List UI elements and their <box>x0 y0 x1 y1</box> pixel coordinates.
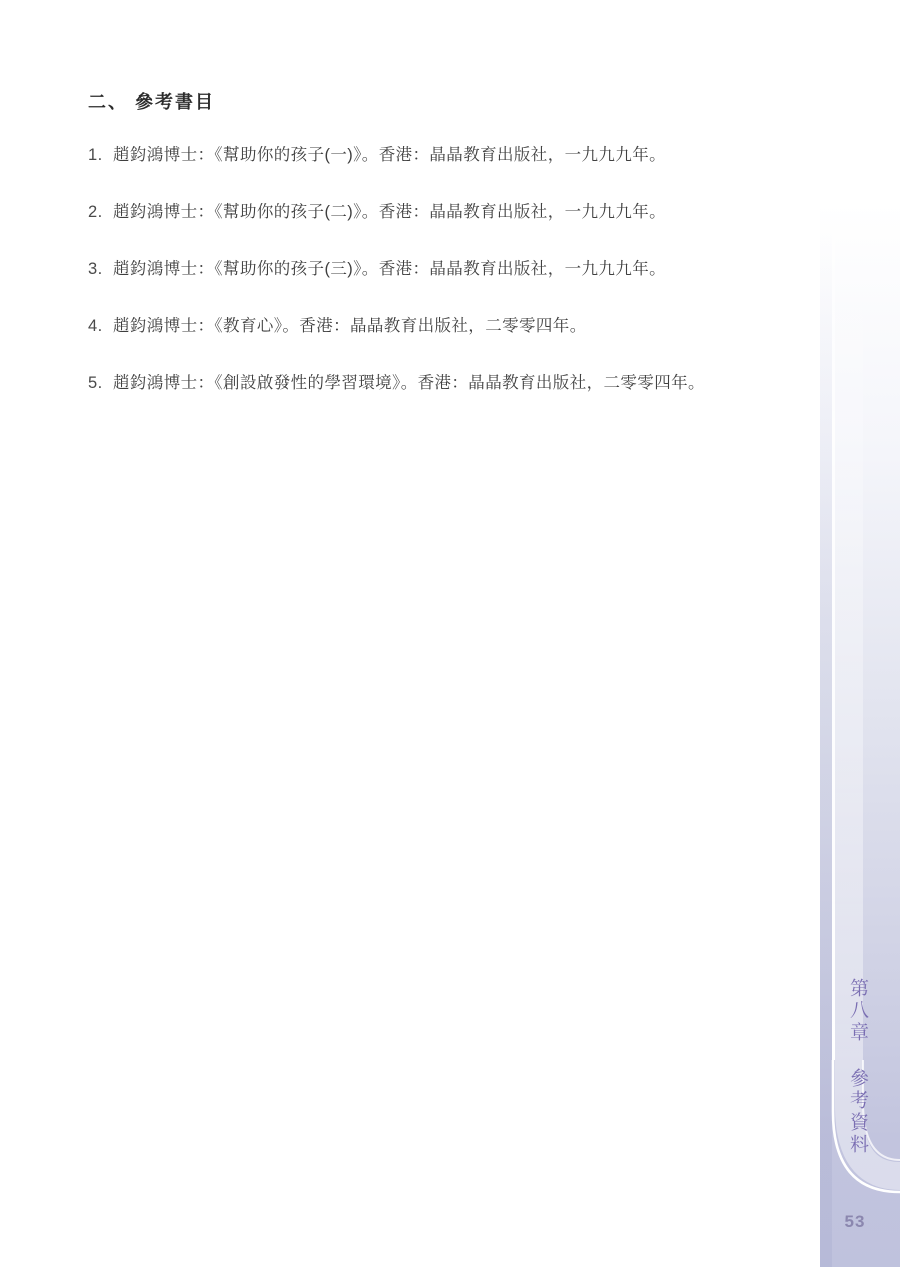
page-number: 53 <box>840 1212 870 1232</box>
reference-item: 2. 趙鈞鴻博士：《幫助你的孩子(二)》。香港：晶晶教育出版社，一九九九年。 <box>88 203 666 222</box>
chapter-vertical-label: 第八章 參考資料 <box>844 978 871 1156</box>
reference-number: 3. <box>88 260 113 279</box>
reference-item: 1. 趙鈞鴻博士：《幫助你的孩子(一)》。香港：晶晶教育出版社，一九九九年。 <box>88 146 666 165</box>
document-page: 第八章 參考資料 53 二、 參考書目 1. 趙鈞鴻博士：《幫助你的孩子(一)》… <box>0 0 900 1267</box>
reference-item: 4. 趙鈞鴻博士：《教育心》。香港：晶晶教育出版社，二零零四年。 <box>88 317 587 336</box>
chapter-section-label: 參考資料 <box>847 1068 868 1156</box>
reference-number: 4. <box>88 317 113 336</box>
reference-item: 5. 趙鈞鴻博士：《創設啟發性的學習環境》。香港：晶晶教育出版社，二零零四年。 <box>88 374 705 393</box>
reference-number: 1. <box>88 146 113 165</box>
reference-text: 趙鈞鴻博士：《創設啟發性的學習環境》。香港：晶晶教育出版社，二零零四年。 <box>113 374 705 393</box>
reference-text: 趙鈞鴻博士：《幫助你的孩子(三)》。香港：晶晶教育出版社，一九九九年。 <box>113 260 666 279</box>
section-heading: 二、 參考書目 <box>88 88 215 114</box>
reference-text: 趙鈞鴻博士：《教育心》。香港：晶晶教育出版社，二零零四年。 <box>113 317 587 336</box>
reference-item: 3. 趙鈞鴻博士：《幫助你的孩子(三)》。香港：晶晶教育出版社，一九九九年。 <box>88 260 666 279</box>
chapter-number-label: 第八章 <box>847 978 868 1044</box>
reference-text: 趙鈞鴻博士：《幫助你的孩子(一)》。香港：晶晶教育出版社，一九九九年。 <box>113 146 666 165</box>
reference-number: 5. <box>88 374 113 393</box>
sidebar-stripe-light <box>835 0 863 1060</box>
reference-text: 趙鈞鴻博士：《幫助你的孩子(二)》。香港：晶晶教育出版社，一九九九年。 <box>113 203 666 222</box>
reference-number: 2. <box>88 203 113 222</box>
